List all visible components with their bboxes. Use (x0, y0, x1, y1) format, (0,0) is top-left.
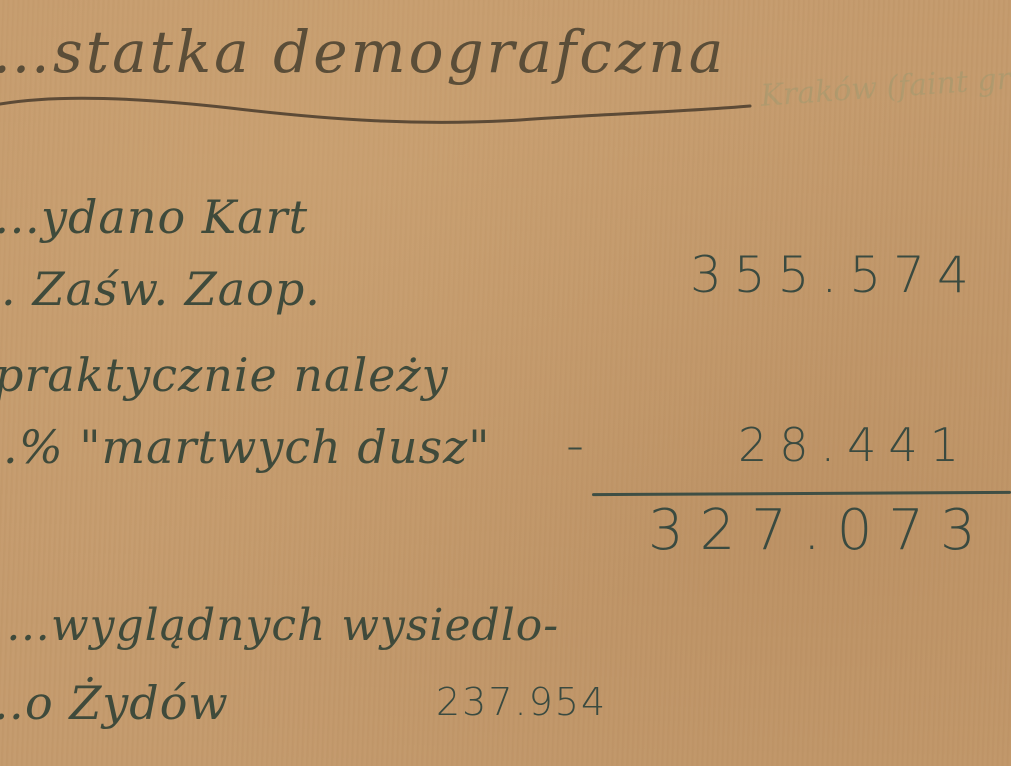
document-title: …statka demografczna (0, 18, 726, 86)
line-certificates: … Zaśw. Zaop. (0, 262, 321, 316)
bleed-through-text: Kraków (faint green bleed-through) (759, 41, 1011, 114)
line-issued-cards: …ydano Kart (0, 190, 308, 244)
line-jews: …o Żydów (0, 676, 229, 730)
document-page: Kraków (faint green bleed-through) …stat… (0, 0, 1011, 766)
line-deportations: …wyglądnych wysiedlo- (6, 600, 559, 651)
line-practically: praktycznie należy (0, 348, 449, 402)
amount-dead-souls: 28.441 (738, 418, 971, 472)
amount-total-issued: 355.574 (690, 246, 981, 304)
amount-result: 327.073 (648, 498, 992, 563)
sum-rule (592, 491, 1011, 496)
title-underline (0, 90, 760, 140)
minus-operator: - (566, 416, 596, 474)
line-dead-souls: …% "martwych dusz" (0, 420, 490, 474)
amount-jews: 237.954 (436, 680, 607, 724)
